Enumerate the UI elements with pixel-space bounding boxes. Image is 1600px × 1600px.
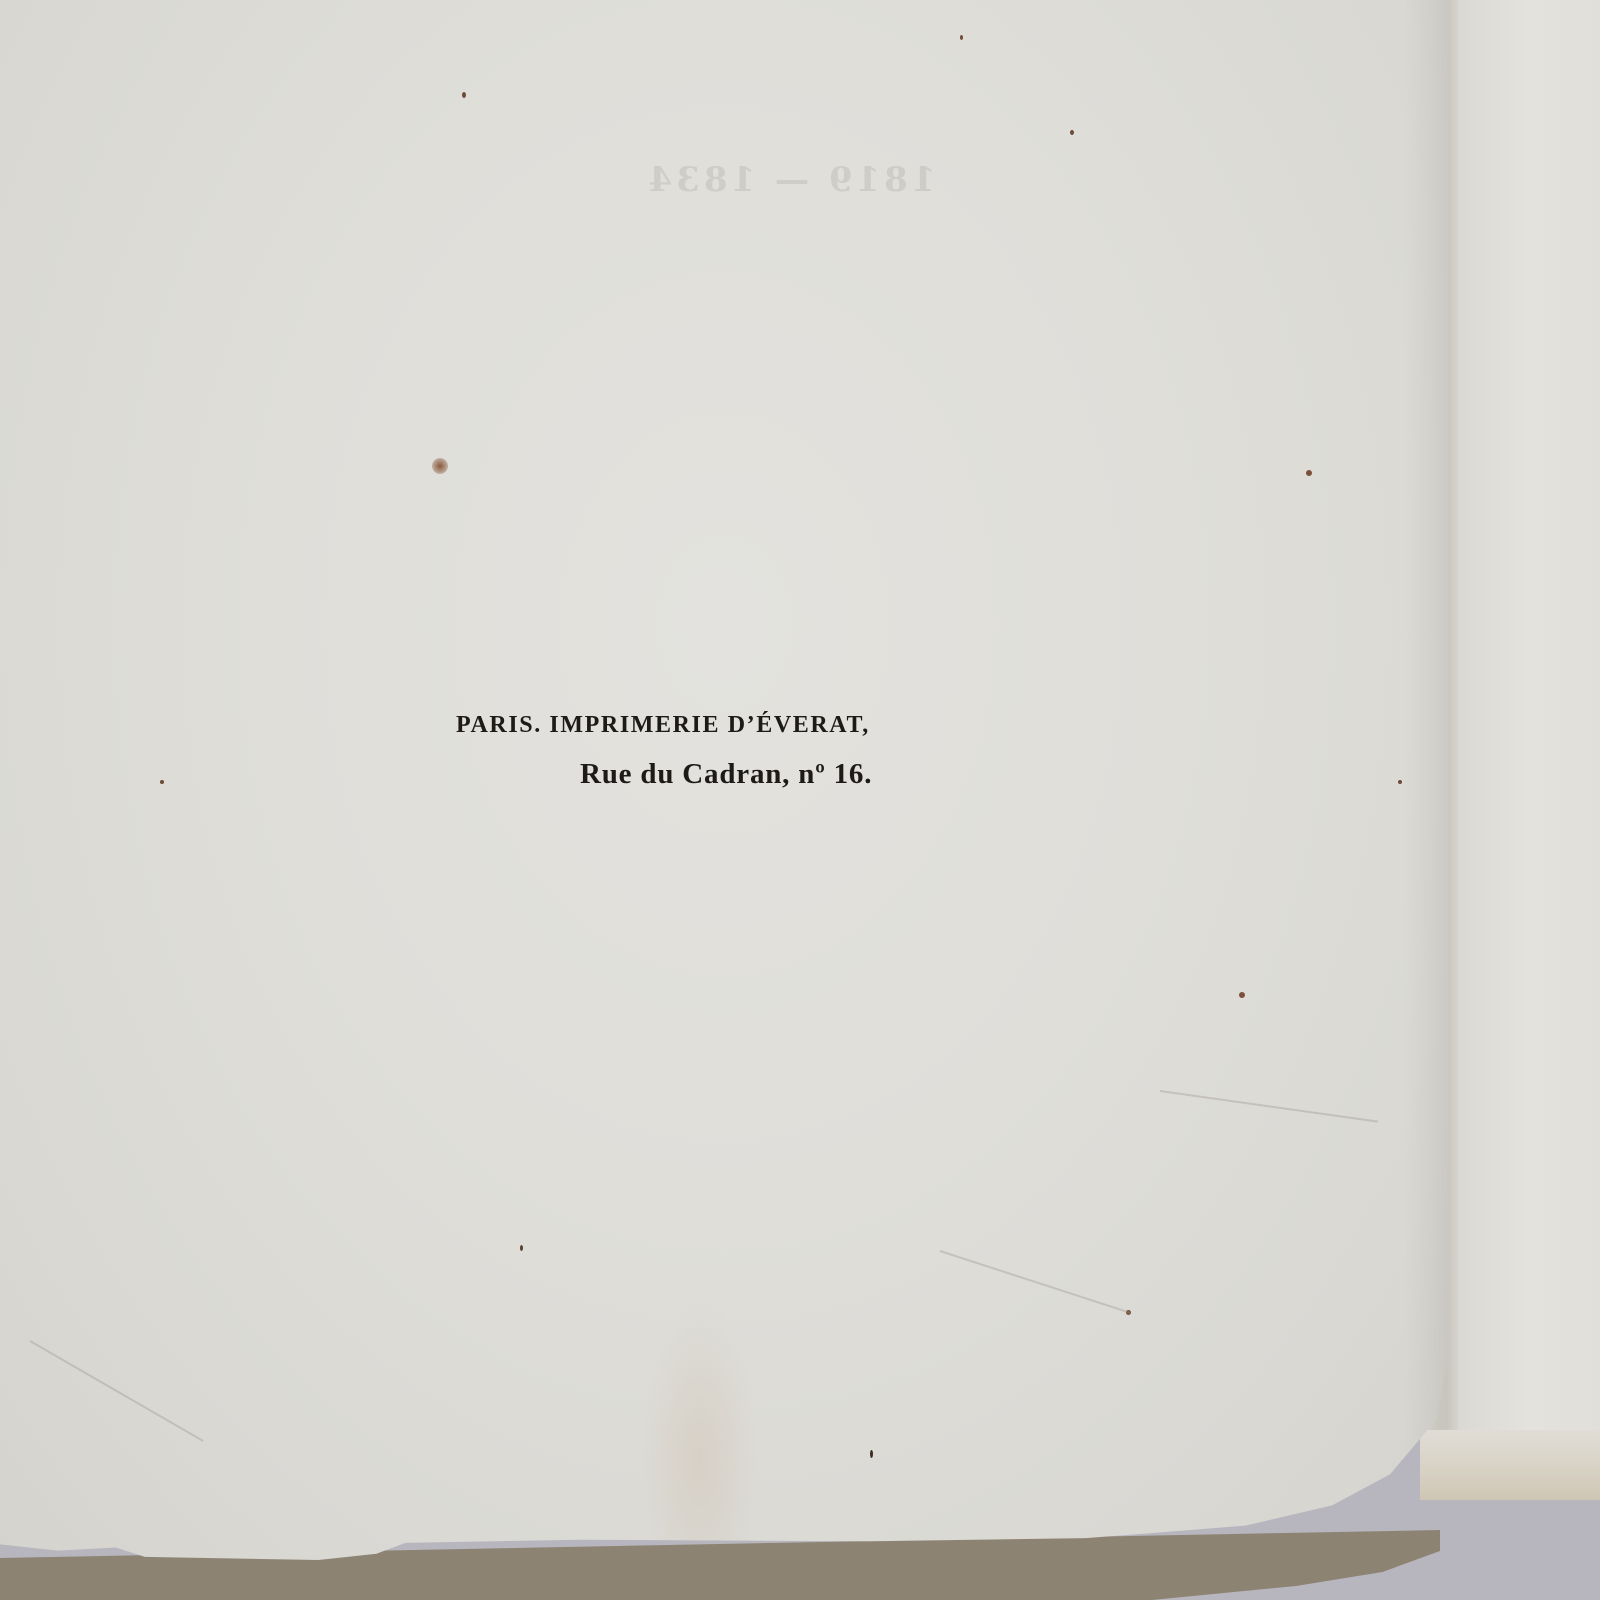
photo-scene: 1819 — 1834 PARIS. IMPRIMERIE D’ÉVERAT, … <box>0 0 1600 1600</box>
foxing-spot <box>1398 780 1402 784</box>
page-gutter-shadow <box>1404 0 1448 1500</box>
foxing-spot <box>1070 130 1074 135</box>
foxing-spot <box>432 458 448 474</box>
paper-crease <box>1160 1090 1378 1123</box>
foxing-spot <box>960 35 963 40</box>
foxing-spot <box>462 92 466 98</box>
book-page: 1819 — 1834 PARIS. IMPRIMERIE D’ÉVERAT, … <box>0 0 1448 1560</box>
foxing-spot <box>1239 992 1245 998</box>
imprint-printer-line: PARIS. IMPRIMERIE D’ÉVERAT, <box>440 700 1100 750</box>
foxing-spot <box>160 780 164 784</box>
paper-stain <box>640 1300 760 1560</box>
foxing-spot <box>870 1450 873 1458</box>
show-through-text: 1819 — 1834 <box>600 150 980 210</box>
foxing-spot <box>520 1245 523 1251</box>
adjacent-page-bottom-edge <box>1420 1430 1600 1500</box>
imprint-address-line: Rue du Cadran, nº 16. <box>440 750 1100 798</box>
paper-crease <box>940 1250 1131 1314</box>
paper-crease <box>30 1340 204 1442</box>
foxing-spot <box>1306 470 1312 476</box>
printer-imprint: PARIS. IMPRIMERIE D’ÉVERAT, Rue du Cadra… <box>440 700 1100 798</box>
